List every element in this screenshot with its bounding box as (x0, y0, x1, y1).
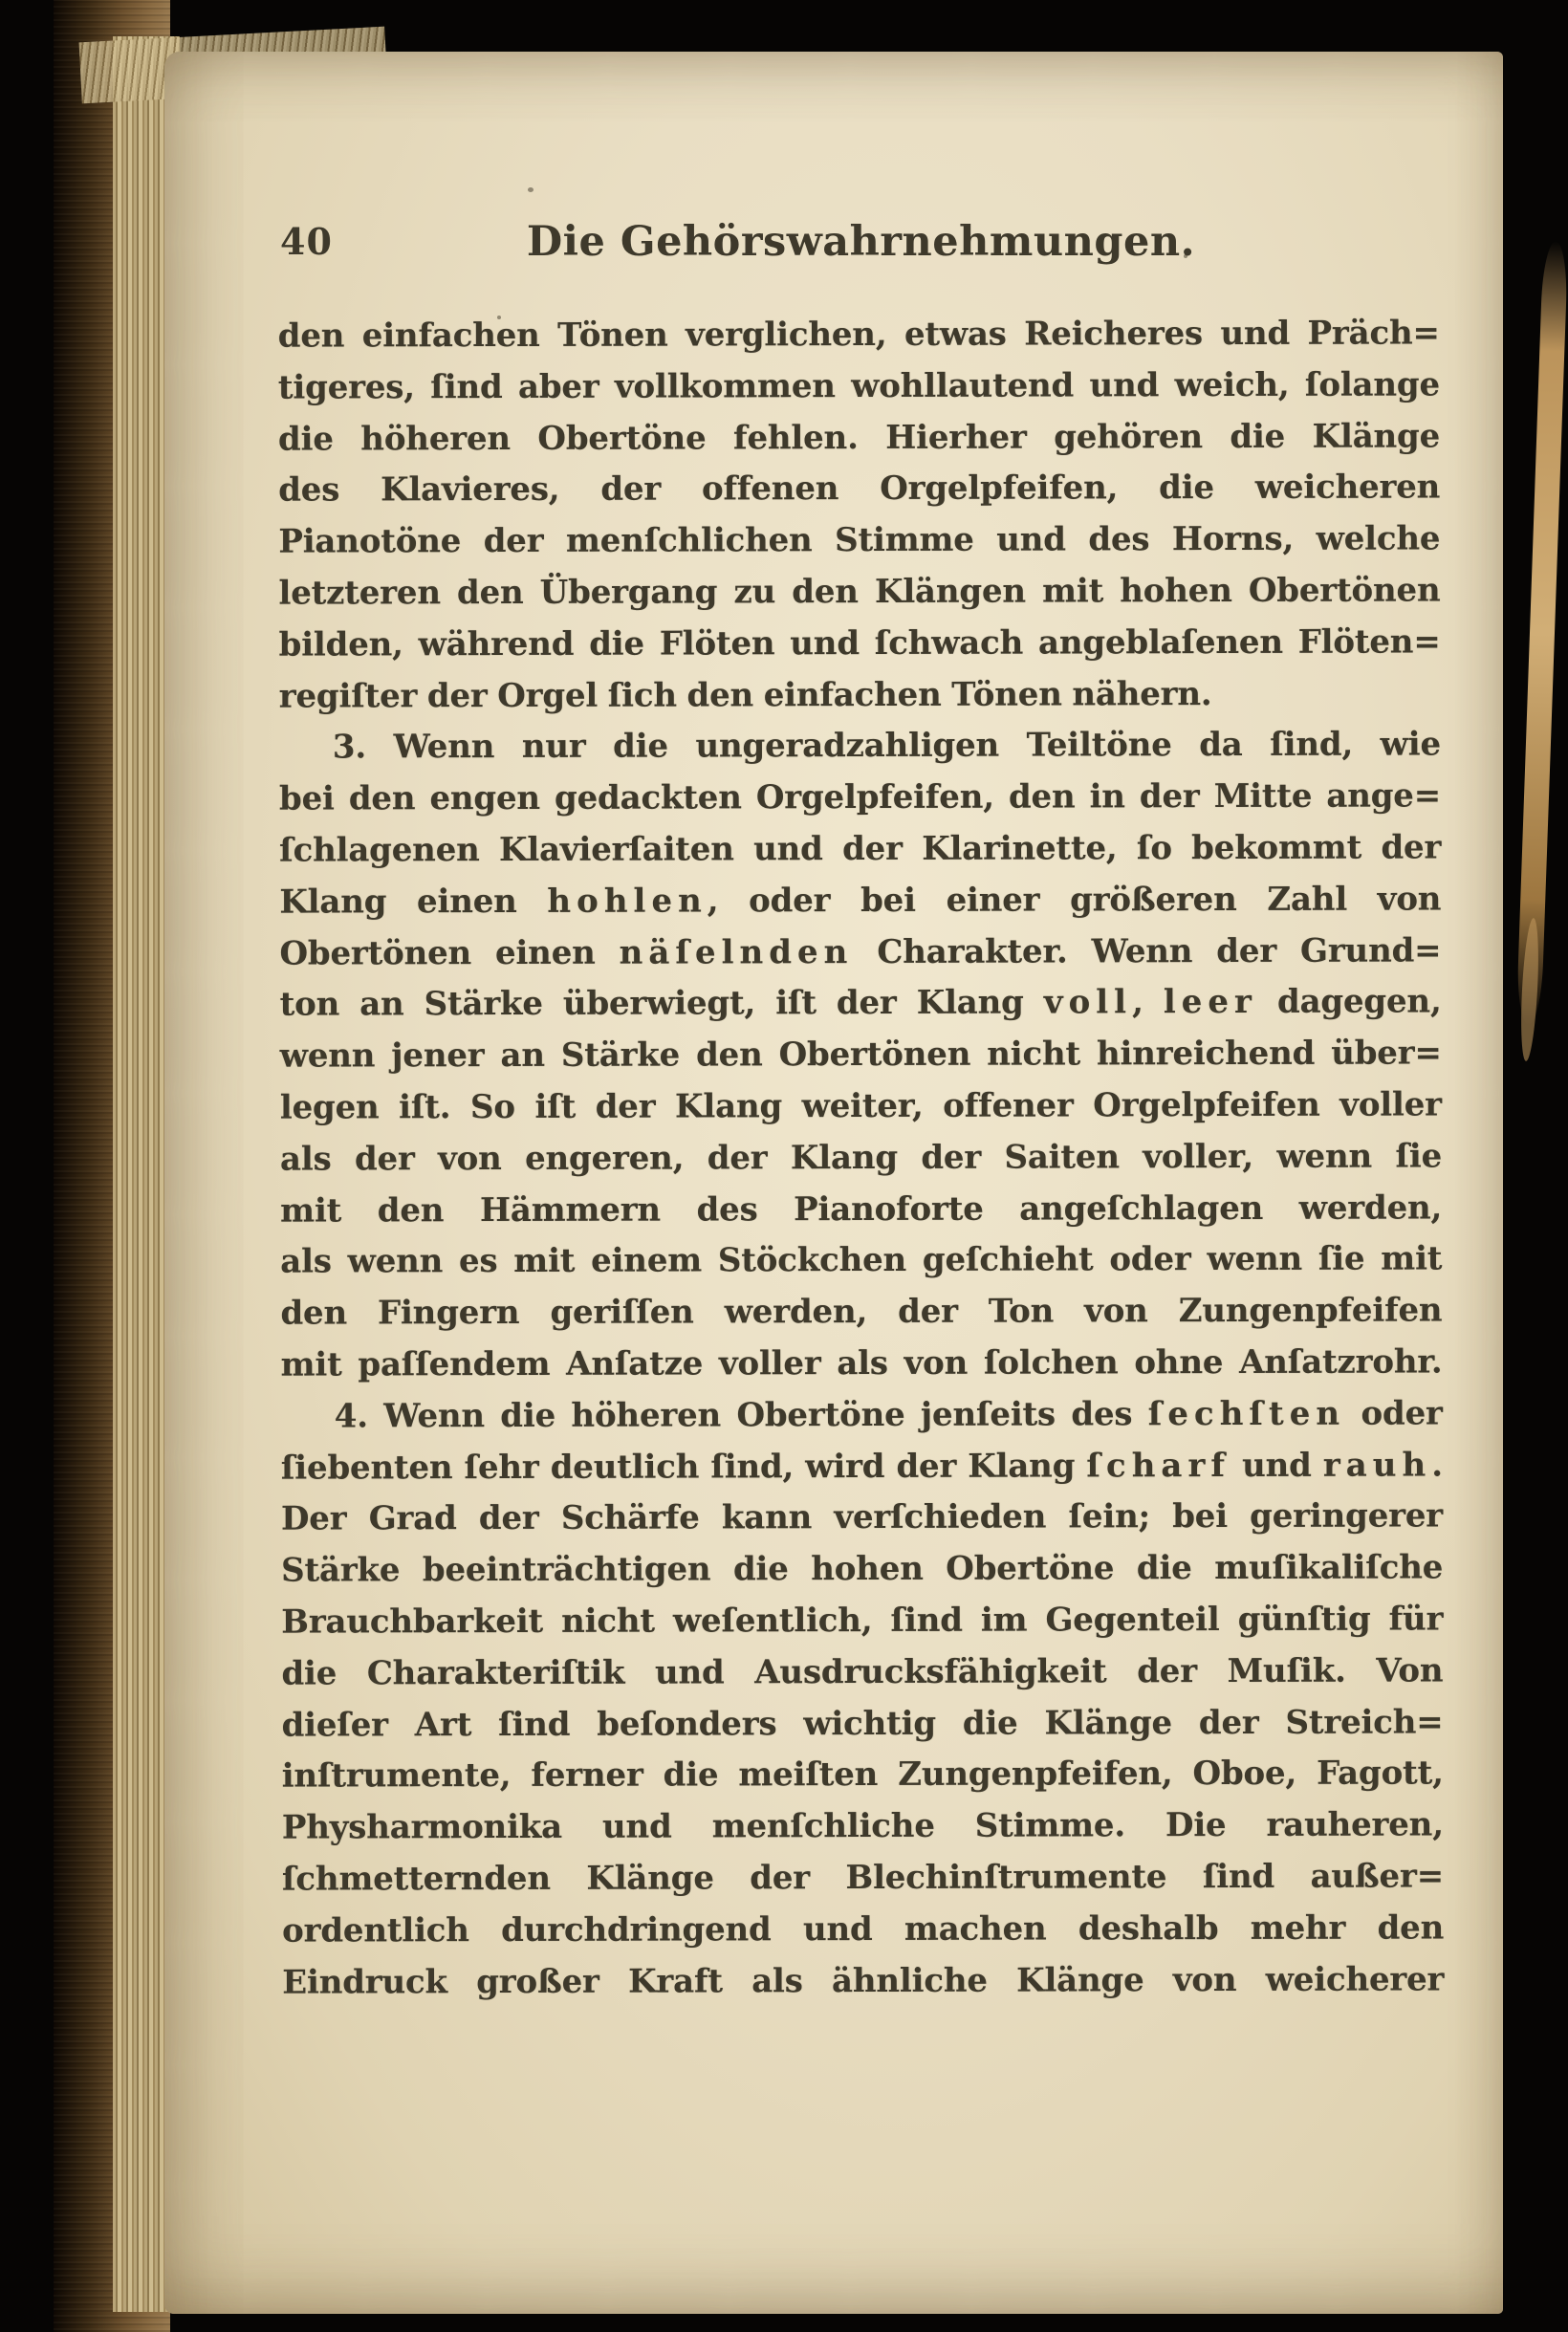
text-line: ordentlich durchdringend und machen desh… (282, 1903, 1444, 1957)
text-line: letzteren den Übergang zu den Klängen mi… (278, 565, 1440, 620)
text-line: mit paſſendem Anſatze voller als von ſol… (280, 1337, 1442, 1391)
running-title: Die Gehörswahrnehmungen. (280, 218, 1442, 266)
text-line: die Charakteriſtik und Ausdrucksfähigkei… (281, 1645, 1443, 1700)
ink-speck (1184, 254, 1187, 258)
text-line: tigeres, ſind aber vollkommen wohllauten… (278, 360, 1440, 414)
text-line: Physharmonika und menſchliche Stimme. Di… (282, 1800, 1444, 1855)
text-line: Obertönen einen näſelnden Charakter. Wen… (279, 926, 1441, 980)
text-line: wenn jener an Stärke den Obertönen nicht… (280, 1029, 1442, 1083)
emphasized-word: leer (1164, 983, 1257, 1021)
text-line: die höheren Obertöne fehlen. Hierher geh… (278, 411, 1440, 466)
text-line: den einfachen Tönen verglichen, etwas Re… (278, 308, 1440, 362)
emphasized-word: ſechſten (1148, 1394, 1345, 1433)
ink-speck (528, 187, 534, 192)
book-scan: 40 Die Gehörswahrnehmungen. den einfache… (0, 0, 1568, 2332)
text-line: Brauchbarkeit nicht weſentlich, ſind im … (281, 1594, 1443, 1648)
text-line: Pianotöne der menſchlichen Stimme und de… (278, 514, 1440, 569)
text-line: ſiebenten ſehr deutlich ſind, wird der K… (281, 1440, 1443, 1494)
text-block: den einfachen Tönen verglichen, etwas Re… (278, 308, 1445, 2008)
text-line: Der Grad der Schärfe kann verſchieden ſe… (281, 1492, 1443, 1546)
text-line: Klang einen hohlen, oder bei einer größe… (279, 874, 1441, 928)
text-line: als der von engeren, der Klang der Saite… (280, 1131, 1442, 1186)
text-line: inſtrumente, ferner die meiſten Zungenpf… (282, 1749, 1444, 1803)
fore-edge-highlight (1516, 241, 1568, 1025)
page-header: 40 Die Gehörswahrnehmungen. (280, 220, 1442, 270)
text-line: bei den engen gedackten Orgelpfeifen, de… (279, 772, 1441, 826)
emphasized-word: ſcharf (1086, 1447, 1230, 1485)
text-line: Eindruck großer Kraft als ähnliche Kläng… (282, 1954, 1444, 2009)
text-line: des Klavieres, der offenen Orgelpfeifen,… (278, 463, 1440, 517)
book-page: 40 Die Gehörswahrnehmungen. den einfache… (164, 52, 1503, 2314)
text-line: den Fingern geriſſen werden, der Ton von… (280, 1286, 1442, 1340)
text-line: 4. Wenn die höheren Obertöne jenſeits de… (281, 1388, 1443, 1443)
text-line: dieſer Art ſind beſonders wichtig die Kl… (281, 1697, 1443, 1752)
text-line: ſchmetternden Klänge der Blechinſtrument… (282, 1851, 1444, 1906)
text-line: ton an Stärke überwiegt, iſt der Klang v… (280, 977, 1442, 1032)
text-line: mit den Hämmern des Pianoforte angeſchla… (280, 1183, 1442, 1237)
ink-speck (497, 316, 501, 319)
text-line: legen iſt. So iſt der Klang weiter, offe… (280, 1079, 1442, 1134)
text-line: als wenn es mit einem Stöckchen geſchieh… (280, 1234, 1442, 1289)
text-line: Stärke beeinträchtigen die hohen Obertön… (281, 1543, 1443, 1598)
text-line: ſchlagenen Klavierſaiten und der Klarine… (279, 822, 1441, 877)
emphasized-word: rauh (1323, 1446, 1431, 1484)
emphasized-word: näſelnden (620, 933, 854, 972)
emphasized-word: hohlen (547, 882, 707, 920)
emphasized-word: voll (1044, 984, 1132, 1022)
text-line: bilden, während die Flöten und ſchwach a… (279, 617, 1441, 671)
text-line: regiſter der Orgel ſich den einfachen Tö… (279, 668, 1441, 723)
text-line: 3. Wenn nur die ungeradzahligen Teiltöne… (279, 720, 1441, 774)
